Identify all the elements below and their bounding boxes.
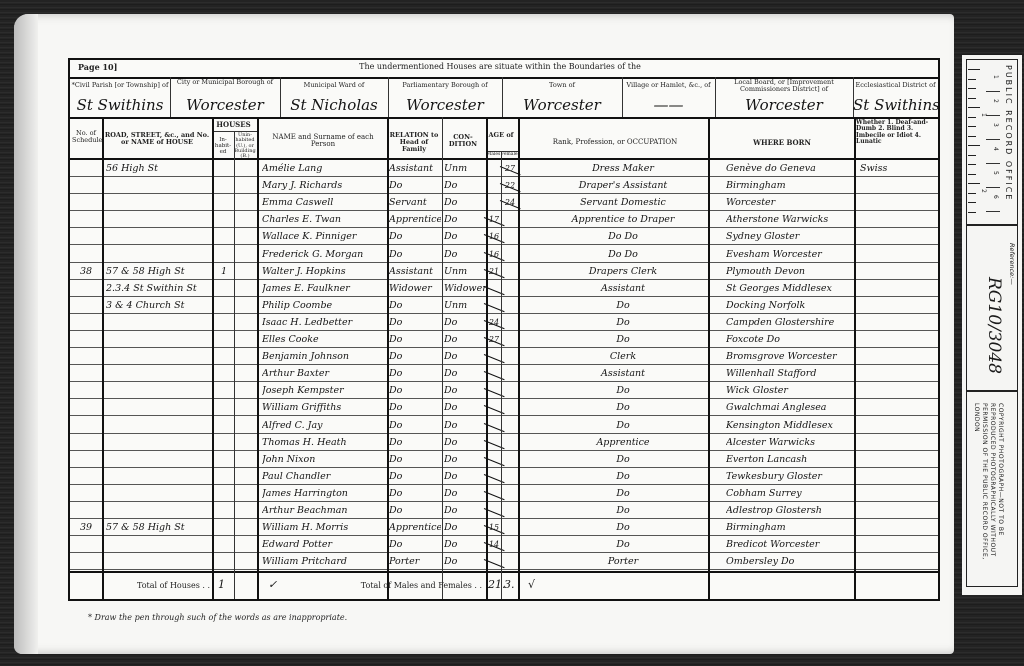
person-name: Amélie Lang [262,160,386,177]
condition-cell: Unm [444,160,486,177]
census-row: 3957 & 58 High StWilliam H. MorrisAppren… [70,519,938,536]
birthplace-cell: Kensington Middlesex [726,417,854,434]
occupation-cell: Do [540,485,706,502]
census-row: Isaac H. LedbetterDoDo24DoCampden Gloste… [70,314,938,331]
census-row: 3857 & 58 High St1Walter J. HopkinsAssis… [70,263,938,280]
relation-cell: Apprentice [389,211,441,228]
condition-cell: Do [444,331,486,348]
condition-cell: Do [444,177,486,194]
place-label: Village or Hamlet, &c., of [622,82,715,89]
census-row: Paul ChandlerDoDoDoTewkesbury Gloster [70,468,938,485]
person-name: William Griffiths [262,399,386,416]
person-name: Edward Potter [262,536,386,553]
inhabited-cell: 1 [214,263,234,280]
occupation-cell: Do [540,519,706,536]
birthplace-cell: Campden Glostershire [726,314,854,331]
header-houses: HOUSES [212,121,255,128]
birthplace-cell: Gwalchmai Anglesea [726,399,854,416]
person-name: Philip Coombe [262,297,386,314]
header-road: ROAD, STREET, &c., and No. or NAME of HO… [104,132,210,146]
person-name: Benjamin Johnson [262,348,386,365]
header-where-born: WHERE BORN [710,139,854,146]
relation-cell: Apprentice [389,519,441,536]
condition-cell: Do [444,502,486,519]
header-relation: RELATION to Head of Family [388,132,440,152]
address-cell: 57 & 58 High St [106,263,212,280]
ruler-tick [968,174,976,175]
column-divider [518,117,520,599]
census-row: 2.3.4 St Swithin StJames E. FaulknerWido… [70,280,938,297]
person-name: James E. Faulkner [262,280,386,297]
condition-cell: Do [444,348,486,365]
column-divider [486,117,488,599]
birthplace-cell: Bromsgrove Worcester [726,348,854,365]
relation-cell: Widower [389,280,441,297]
condition-cell: Unm [444,263,486,280]
total-houses-label: Total of Houses . . [130,582,210,590]
condition-cell: Do [444,399,486,416]
ruler-tick [968,126,976,127]
header-uninhabited: Unin-habited (U.), or Building (B.) [234,133,256,159]
person-name: James Harrington [262,485,386,502]
occupation-cell: Do Do [540,246,706,263]
address-cell: 2.3.4 St Swithin St [106,280,212,297]
person-name: Arthur Baxter [262,365,386,382]
birthplace-cell: Everton Lancash [726,451,854,468]
condition-cell: Do [444,485,486,502]
condition-cell: Do [444,382,486,399]
birthplace-cell: Adlestrop Glostersh [726,502,854,519]
census-row: Emma CaswellServantDo24Servant DomesticW… [70,194,938,211]
relation-cell: Servant [389,194,441,211]
ruler-cm-label: 5 [992,171,999,175]
birthplace-cell: Worcester [726,194,854,211]
total-females-value: 3. [504,578,515,591]
occupation-cell: Do [540,331,706,348]
reference-value: RG10/3048 [984,277,1004,374]
occupation-cell: Drapers Clerk [540,263,706,280]
place-value: Worcester [502,96,622,114]
header-infirmity: Whether 1. Deaf-and-Dumb 2. Blind 3. Imb… [856,120,938,145]
ruler-cm-label: 2 [992,99,999,103]
place-value: —— [622,96,715,114]
relation-cell: Do [389,434,441,451]
total-persons-label: Total of Males and Females . . [340,582,482,590]
occupation-cell: Do [540,468,706,485]
person-name: Alfred C. Jay [262,417,386,434]
condition-cell: Do [444,434,486,451]
occupation-cell: Do [540,451,706,468]
relation-cell: Do [389,228,441,245]
place-label: City or Municipal Borough of [170,79,280,86]
birthplace-cell: Docking Norfolk [726,297,854,314]
column-divider [442,117,443,599]
relation-cell: Do [389,382,441,399]
census-row: Arthur BeachmanDoDoDoAdlestrop Glostersh [70,502,938,519]
birthplace-cell: Ombersley Do [726,553,854,570]
person-name: Charles E. Twan [262,211,386,228]
relation-cell: Do [389,246,441,263]
column-divider [501,151,502,599]
occupation-cell: Do [540,502,706,519]
census-row: James HarringtonDoDoDoCobham Surrey [70,485,938,502]
header-males: Males [486,153,501,158]
header-inhabited: In-habit-ed [212,138,234,155]
ruler-tick [968,79,976,80]
footnote: * Draw the pen through such of the words… [88,613,347,622]
ruler-tick [968,155,976,156]
relation-cell: Do [389,502,441,519]
census-row: Joseph KempsterDoDoDoWick Gloster [70,382,938,399]
occupation-cell: Do [540,382,706,399]
ruler-tick [968,193,976,194]
birthplace-cell: Plymouth Devon [726,263,854,280]
condition-cell: Do [444,468,486,485]
ruler-tick [968,202,976,203]
ruler-inch-label: 2 [980,189,987,193]
birthplace-cell: Evesham Worcester [726,246,854,263]
column-divider [234,131,235,599]
birthplace-cell: Tewkesbury Gloster [726,468,854,485]
ruler-cm-label: 1 [992,75,999,79]
birthplace-cell: Atherstone Warwicks [726,211,854,228]
condition-cell: Do [444,536,486,553]
occupation-cell: Dress Maker [540,160,706,177]
ruler-inch-label: 1 [980,113,987,117]
place-value: St Nicholas [280,96,388,114]
column-divider [708,117,710,599]
census-row: John NixonDoDoDoEverton Lancash [70,451,938,468]
ruler-tick [968,88,976,89]
condition-cell: Unm [444,297,486,314]
occupation-cell: Do [540,417,706,434]
birthplace-cell: St Georges Middlesex [726,280,854,297]
occupation-cell: Do Do [540,228,706,245]
birthplace-cell: Sydney Gloster [726,228,854,245]
census-row: Edward PotterDoDo14DoBredicot Worcester [70,536,938,553]
column-divider [102,117,104,599]
birthplace-cell: Foxcote Do [726,331,854,348]
birthplace-cell: Willenhall Stafford [726,365,854,382]
relation-cell: Do [389,417,441,434]
relation-cell: Do [389,468,441,485]
occupation-cell: Do [540,314,706,331]
header-name: NAME and Surname of each Person [260,134,386,149]
place-value: Worcester [388,96,502,114]
ruler-cm-label: 4 [992,147,999,151]
relation-cell: Do [389,365,441,382]
person-name: Walter J. Hopkins [262,263,386,280]
relation-cell: Do [389,451,441,468]
condition-cell: Do [444,365,486,382]
total-males-value: 21. [488,578,506,591]
occupation-cell: Assistant [540,280,706,297]
census-row: Benjamin JohnsonDoDoClerkBromsgrove Worc… [70,348,938,365]
census-row: Arthur BaxterDoDoAssistantWillenhall Sta… [70,365,938,382]
relation-cell: Do [389,536,441,553]
census-row: William GriffithsDoDoDoGwalchmai Anglese… [70,399,938,416]
census-row: Charles E. TwanApprenticeDo17Apprentice … [70,211,938,228]
person-name: Thomas H. Heath [262,434,386,451]
relation-cell: Assistant [389,160,441,177]
relation-cell: Assistant [389,263,441,280]
place-label: Local Board, or [Improvement Commissione… [715,79,853,93]
total-building-mark: ✓ [268,578,277,591]
condition-cell: Do [444,246,486,263]
relation-cell: Do [389,485,441,502]
birthplace-cell: Bredicot Worcester [726,536,854,553]
copyright-notice: COPYRIGHT PHOTOGRAPH—NOT TO BE REPRODUCE… [972,403,1004,583]
header-females: Females [501,153,518,158]
ruler-tick [968,136,976,137]
place-label: Ecclesiastical District of [853,82,938,89]
relation-cell: Porter [389,553,441,570]
relation-cell: Do [389,177,441,194]
header-schedule: No. of Schedule [72,130,100,144]
address-cell: 3 & 4 Church St [106,297,212,314]
occupation-cell: Do [540,399,706,416]
person-name: Isaac H. Ledbetter [262,314,386,331]
header-age: AGE of [486,132,516,139]
total-inhabited-value: 1 [218,578,225,591]
census-row: Alfred C. JayDoDoDoKensington Middlesex [70,417,938,434]
place-label: Parliamentary Borough of [388,82,502,89]
occupation-cell: Draper's Assistant [540,177,706,194]
condition-cell: Do [444,211,486,228]
schedule-number: 39 [72,519,100,536]
person-name: William Pritchard [262,553,386,570]
relation-cell: Do [389,314,441,331]
person-name: Joseph Kempster [262,382,386,399]
birthplace-cell: Genève do Geneva [726,160,854,177]
relation-cell: Do [389,399,441,416]
occupation-cell: Do [540,536,706,553]
census-row: Wallace K. PinnigerDoDo16Do DoSydney Glo… [70,228,938,245]
person-name: Paul Chandler [262,468,386,485]
ruler-tick [968,145,980,146]
census-form: Page 10] The undermentioned Houses are s… [68,58,940,601]
ruler-tick [968,98,976,99]
place-value: St Swithins [853,96,938,114]
boundaries-title: The undermentioned Houses are situate wi… [250,63,750,71]
occupation-cell: Servant Domestic [540,194,706,211]
census-row: Frederick G. MorganDoDo16Do DoEvesham Wo… [70,246,938,263]
condition-cell: Do [444,451,486,468]
condition-cell: Do [444,194,486,211]
condition-cell: Do [444,314,486,331]
header-occupation: Rank, Profession, or OCCUPATION [522,139,708,146]
address-cell: 56 High St [106,160,212,177]
census-row: Elles CookeDoDo27DoFoxcote Do [70,331,938,348]
column-divider [387,117,389,599]
pro-title: PUBLIC RECORD OFFICE [1004,65,1013,201]
ruler-tick [968,107,980,108]
person-name: John Nixon [262,451,386,468]
census-row: Mary J. RichardsDoDo22Draper's Assistant… [70,177,938,194]
ruler-tick [968,69,980,70]
occupation-cell: Do [540,297,706,314]
person-name: Mary J. Richards [262,177,386,194]
occupation-cell: Porter [540,553,706,570]
relation-cell: Do [389,331,441,348]
place-label: Town of [502,82,622,89]
ruler-tick [968,212,976,213]
address-cell: 57 & 58 High St [106,519,212,536]
ruler-cm-label: 6 [992,195,999,199]
page-binding-shadow [14,14,38,654]
total-check-mark: √ [528,578,535,591]
occupation-cell: Apprentice to Draper [540,211,706,228]
census-row: 56 High StAmélie LangAssistantUnm27Dress… [70,160,938,177]
person-name: Frederick G. Morgan [262,246,386,263]
reference-label: Reference:— [1008,243,1016,285]
ruler-tick [968,164,976,165]
relation-cell: Do [389,297,441,314]
occupation-cell: Clerk [540,348,706,365]
public-record-office-strip: PUBLIC RECORD OFFICE Reference:— RG10/30… [962,55,1022,595]
ruler-tick [968,183,980,184]
occupation-cell: Apprentice [540,434,706,451]
birthplace-cell: Wick Gloster [726,382,854,399]
place-value: Worcester [715,96,853,114]
page-number: Page 10] [78,63,117,71]
birthplace-cell: Alcester Warwicks [726,434,854,451]
census-row: William PritchardPorterDoPorterOmbersley… [70,553,938,570]
birthplace-cell: Birmingham [726,519,854,536]
infirmity-cell: Swiss [860,160,936,177]
person-name: William H. Morris [262,519,386,536]
column-divider [212,117,214,599]
condition-cell: Do [444,417,486,434]
census-row: 3 & 4 Church StPhilip CoombeDoUnmDoDocki… [70,297,938,314]
place-value: St Swithins [70,96,170,114]
census-row: Thomas H. HeathDoDoApprenticeAlcester Wa… [70,434,938,451]
person-name: Arthur Beachman [262,502,386,519]
condition-cell: Do [444,228,486,245]
column-divider [854,117,856,599]
place-label: Municipal Ward of [280,82,388,89]
relation-cell: Do [389,348,441,365]
column-divider [257,117,259,599]
occupation-cell: Assistant [540,365,706,382]
place-label: *Civil Parish [or Township] of [70,82,170,89]
birthplace-cell: Birmingham [726,177,854,194]
condition-cell: Widower [444,280,486,297]
condition-cell: Do [444,519,486,536]
place-value: Worcester [170,96,280,114]
ruler-tick [968,117,976,118]
schedule-number: 38 [72,263,100,280]
person-name: Wallace K. Pinniger [262,228,386,245]
header-condition: CON-DITION [442,134,484,148]
birthplace-cell: Cobham Surrey [726,485,854,502]
condition-cell: Do [444,553,486,570]
person-name: Elles Cooke [262,331,386,348]
ruler-cm-label: 3 [992,123,999,127]
person-name: Emma Caswell [262,194,386,211]
